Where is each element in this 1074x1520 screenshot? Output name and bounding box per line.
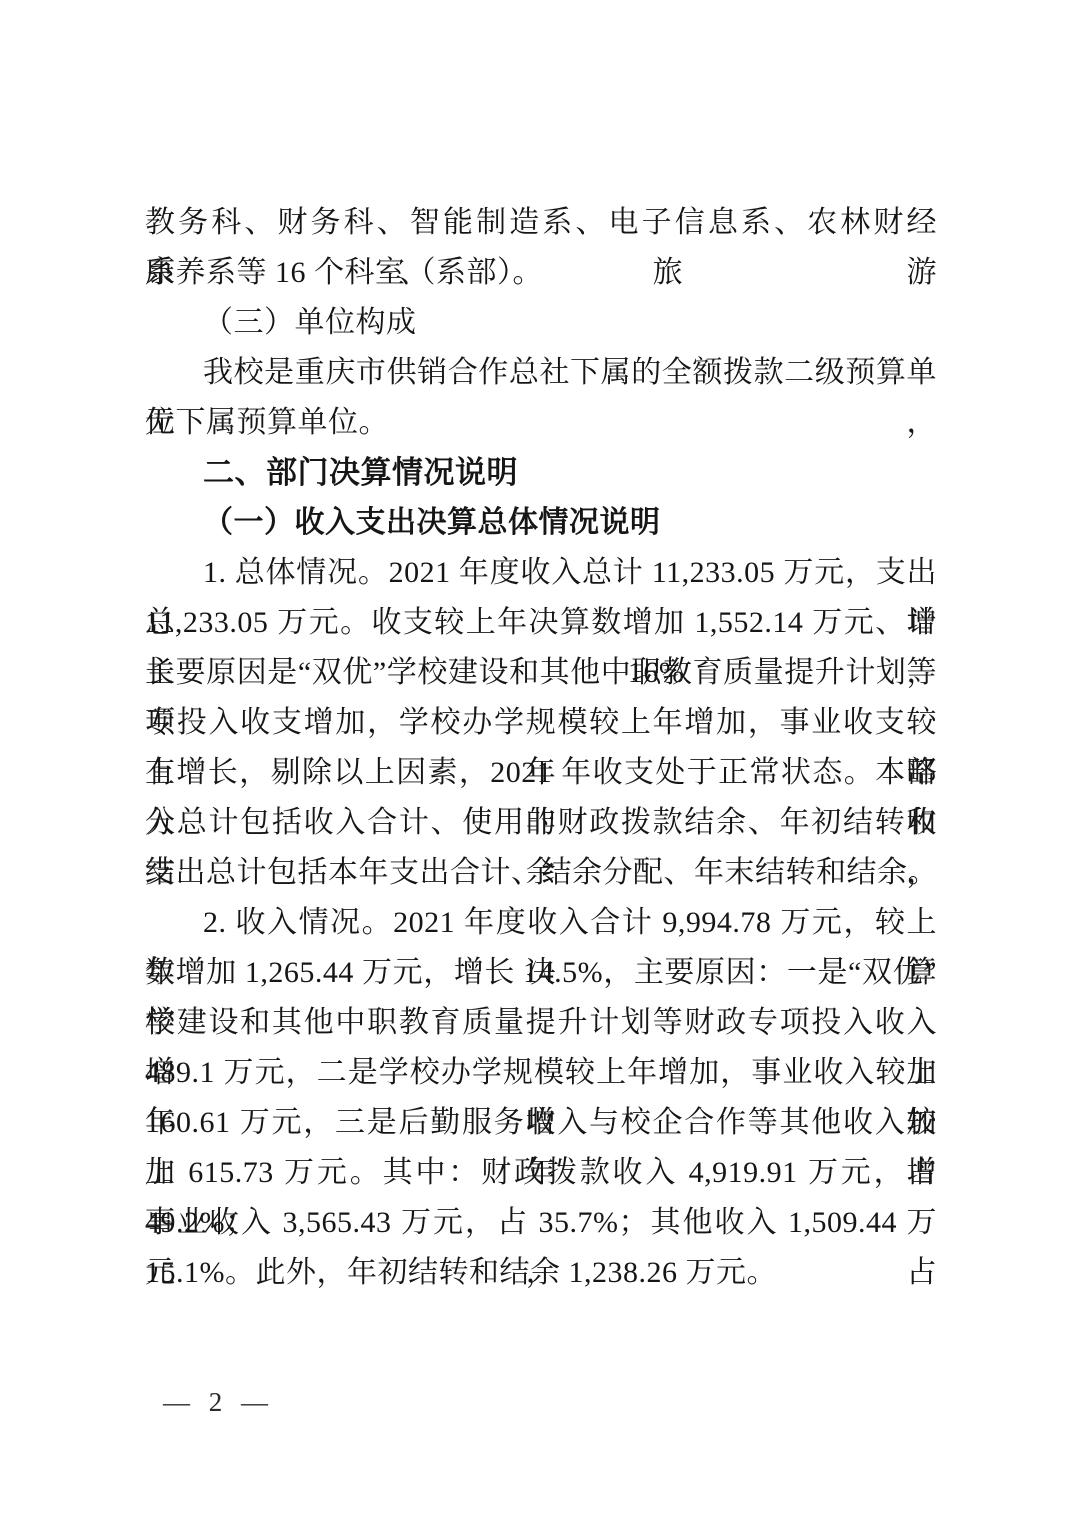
body-line: 11,233.05 万元。收支较上年决算数增加 1,552.14 万元、增长 1… <box>145 598 937 648</box>
body-line: 入总计包括收入合计、使用非财政拨款结余、年初结转和结余， <box>145 798 937 848</box>
chapter-heading: 二、部门决算情况说明 <box>145 448 937 498</box>
body-line: 有增长，剔除以上因素，2021 年收支处于正常状态。本部分的收 <box>145 748 937 798</box>
body-line: 教务科、财务科、智能制造系、电子信息系、农林财经系、旅游 <box>145 198 937 248</box>
body-line: 数增加 1,265.44 万元，增长 14.5%，主要原因：一是“双优”学 <box>145 948 937 998</box>
document-body: 教务科、财务科、智能制造系、电子信息系、农林财经系、旅游 康养系等 16 个科室… <box>145 198 937 1298</box>
body-line: 我校是重庆市供销合作总社下属的全额拨款二级预算单位， <box>145 348 937 398</box>
body-line: 489.1 万元，二是学校办学规模较上年增加，事业收入较上年增加 <box>145 1048 937 1098</box>
body-line: 1. 总体情况。2021 年度收入总计 11,233.05 万元，支出总计 <box>145 548 937 598</box>
document-page: 教务科、财务科、智能制造系、电子信息系、农林财经系、旅游 康养系等 16 个科室… <box>0 0 1074 1520</box>
body-line: 主要原因是“双优”学校建设和其他中职教育质量提升计划等专 <box>145 648 937 698</box>
body-line: 支出总计包括本年支出合计、结余分配、年末结转和结余。 <box>145 848 937 898</box>
body-line: 项投入收支增加，学校办学规模较上年增加，事业收支较上年略 <box>145 698 937 748</box>
page-number: — 2 — <box>163 1384 274 1420</box>
body-line: 160.61 万元，三是后勤服务收入与校企合作等其他收入较上年增 <box>145 1098 937 1148</box>
body-line: 加 615.73 万元。其中：财政拨款收入 4,919.91 万元，占 49.2… <box>145 1148 937 1198</box>
body-line: 事业收入 3,565.43 万元，占 35.7%；其他收入 1,509.44 万… <box>145 1198 937 1248</box>
section-heading: （一）收入支出决算总体情况说明 <box>145 498 937 548</box>
body-line: 校建设和其他中职教育质量提升计划等财政专项投入收入增加 <box>145 998 937 1048</box>
body-line: 2. 收入情况。2021 年度收入合计 9,994.78 万元，较上年决算 <box>145 898 937 948</box>
subsection-heading: （三）单位构成 <box>145 298 937 348</box>
